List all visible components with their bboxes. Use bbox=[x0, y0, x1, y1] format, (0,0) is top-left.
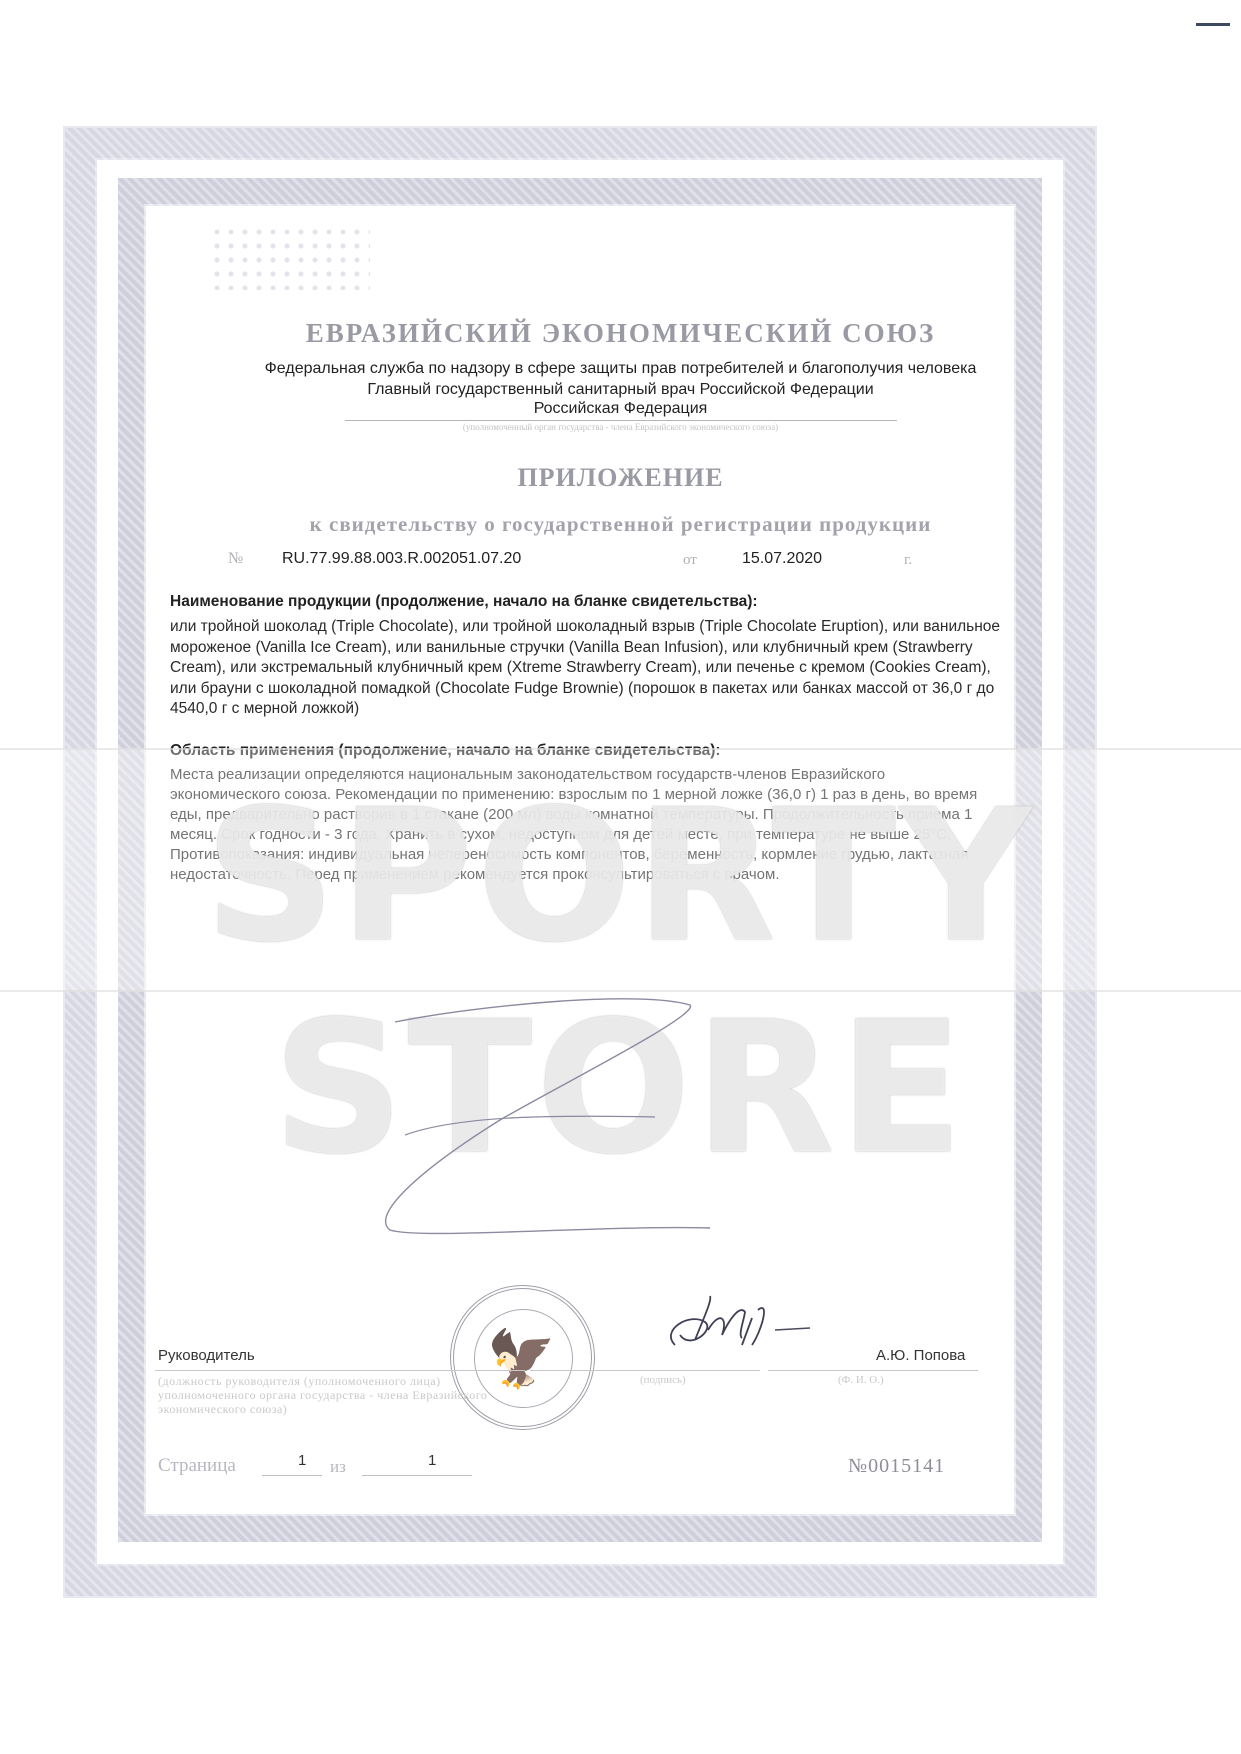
agency-name: Федеральная служба по надзору в сфере за… bbox=[0, 360, 1241, 378]
divider bbox=[362, 1475, 472, 1476]
signatory-name: А.Ю. Попова bbox=[876, 1347, 965, 1364]
form-serial-number: №0015141 bbox=[848, 1455, 945, 1478]
union-heading: ЕВРАЗИЙСКИЙ ЭКОНОМИЧЕСКИЙ СОЮЗ bbox=[0, 318, 1241, 349]
fio-caption: (Ф. И. О.) bbox=[838, 1374, 884, 1386]
guilloche-rosette bbox=[210, 225, 370, 290]
year-suffix: г. bbox=[904, 552, 912, 569]
signature-caption: (подпись) bbox=[640, 1374, 686, 1386]
page-of-label: из bbox=[330, 1457, 346, 1477]
divider bbox=[155, 1370, 525, 1371]
product-name-heading: Наименование продукции (продолжение, нач… bbox=[170, 593, 758, 611]
product-name-body: или тройной шоколад (Triple Chocolate), … bbox=[170, 617, 1020, 720]
signatory-role: Руководитель bbox=[158, 1347, 255, 1364]
page-label: Страница bbox=[158, 1455, 236, 1477]
country-name: Российская Федерация bbox=[0, 400, 1241, 418]
divider bbox=[530, 1370, 760, 1371]
page-total: 1 bbox=[428, 1452, 436, 1469]
date-label: от bbox=[683, 552, 697, 569]
role-caption: (должность руководителя (уполномоченного… bbox=[158, 1374, 498, 1416]
divider bbox=[345, 420, 897, 421]
divider bbox=[768, 1370, 978, 1371]
scan-mark bbox=[1196, 23, 1230, 26]
country-caption: (уполномоченный орган государства - член… bbox=[0, 422, 1241, 432]
registration-date: 15.07.2020 bbox=[742, 550, 822, 568]
number-label: № bbox=[228, 550, 243, 568]
divider bbox=[262, 1475, 322, 1476]
page-number: 1 bbox=[298, 1452, 306, 1469]
watermark-text: SPORTY STORE bbox=[0, 770, 1241, 1194]
document-title: ПРИЛОЖЕНИЕ bbox=[0, 463, 1241, 493]
document-subtitle: к свидетельству о государственной регист… bbox=[0, 512, 1241, 537]
registration-number: RU.77.99.88.003.R.002051.07.20 bbox=[282, 550, 521, 568]
official-title: Главный государственный санитарный врач … bbox=[0, 381, 1241, 399]
